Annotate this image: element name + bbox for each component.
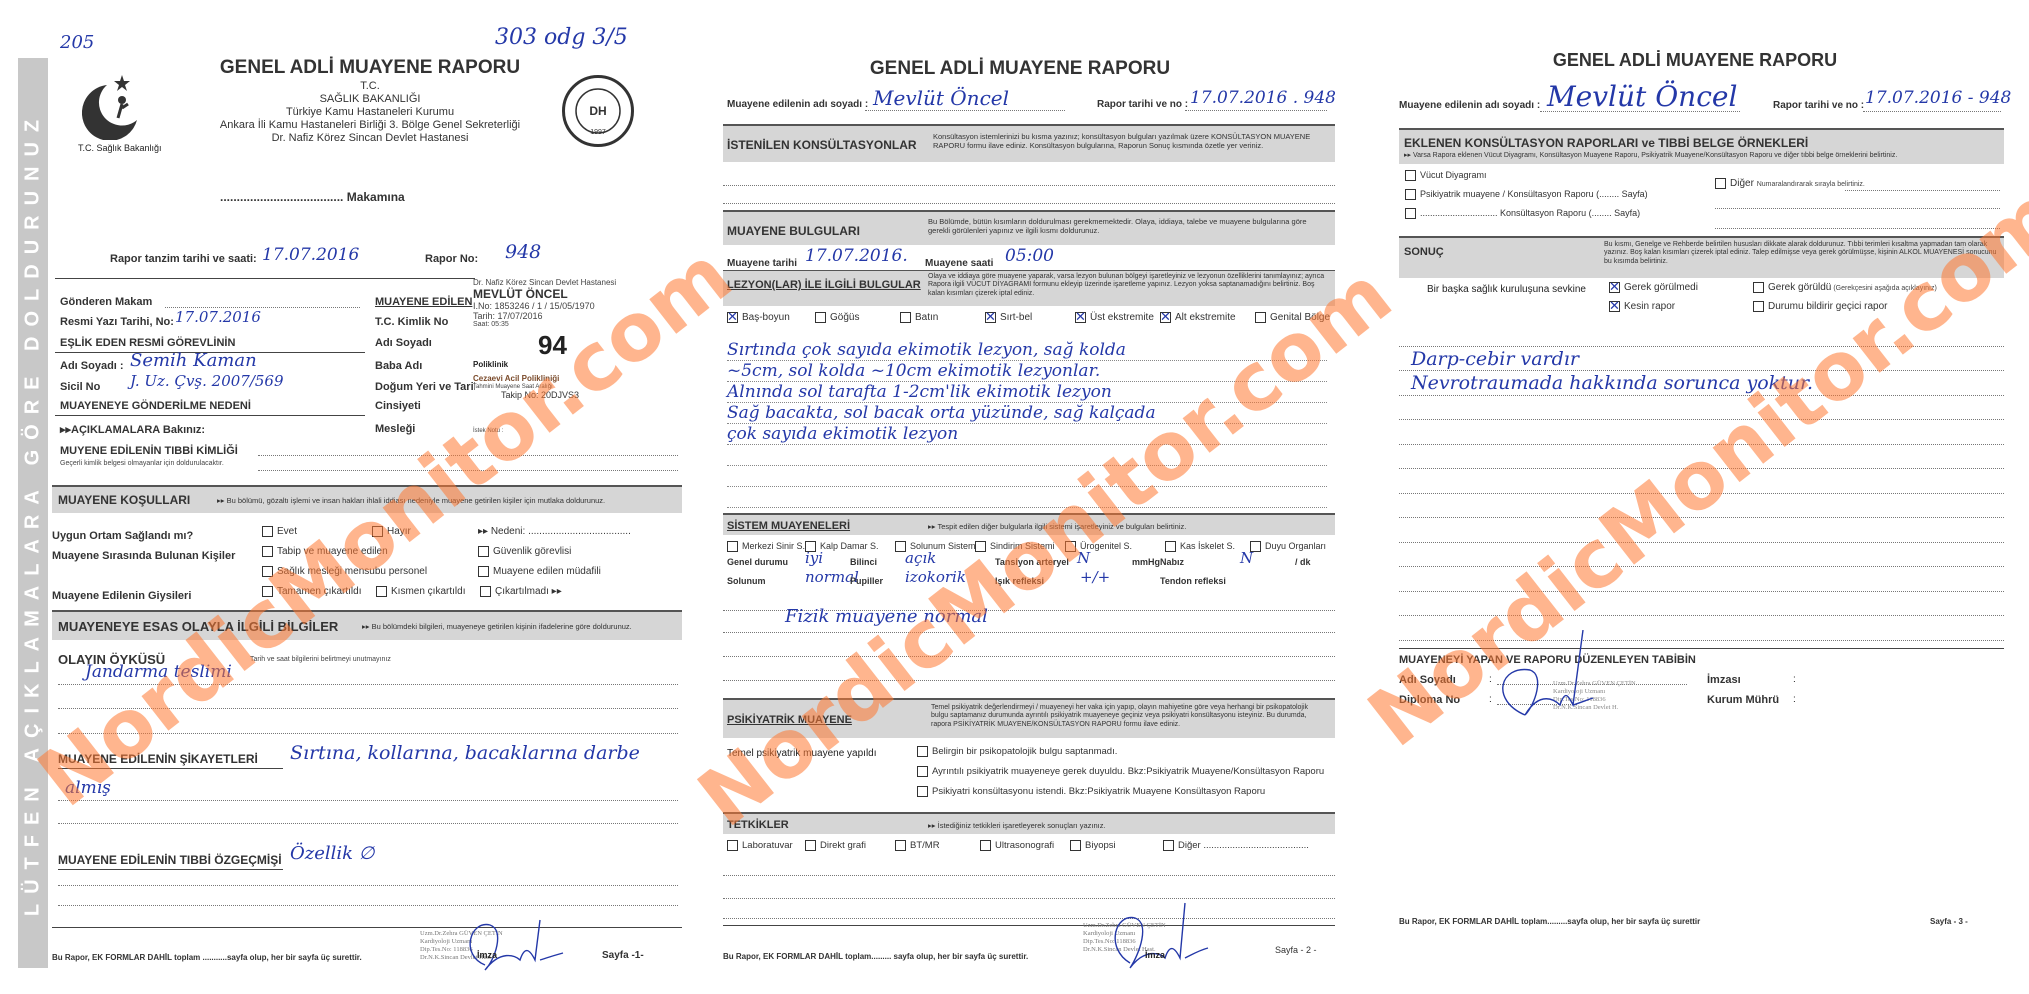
- checkbox-icon: [262, 526, 273, 537]
- finding-line[interactable]: ~5cm, sol kolda ~10cm ekimotik lezyonlar…: [727, 361, 1327, 382]
- checked-box-icon: [1609, 301, 1620, 312]
- section-note: Temel psikiyatrik değerlendirmeyi / muay…: [931, 704, 1326, 729]
- option-label: Tabip ve muayene edilen: [277, 546, 388, 557]
- checkbox-region[interactable]: Alt ekstremite: [1160, 312, 1236, 323]
- option-label: Sırt-bel: [1000, 312, 1032, 323]
- imza-label: İmza: [1145, 950, 1165, 960]
- checkbox-icon: [376, 586, 387, 597]
- checkbox-tetkik[interactable]: Ultrasonografi: [980, 840, 1054, 851]
- checkbox-system[interactable]: Ürogenitel S.: [1065, 541, 1132, 552]
- checkbox-icon: [900, 312, 911, 323]
- rapor-no-value[interactable]: 948: [505, 241, 541, 263]
- section-lezyon: LEZYON(LAR) İLE İLGİLİ BULGULAR Olaya ve…: [723, 270, 1335, 306]
- checkbox-psikiyatrik[interactable]: Psikiyatri konsültasyonu istendi. Bkz:Ps…: [917, 786, 1265, 797]
- field-baba-adi: Baba Adı: [375, 360, 422, 372]
- section-title: MUAYENE KOŞULLARI: [58, 493, 190, 507]
- option-label: Üst ekstremite: [1090, 312, 1154, 323]
- section-note: ▸▸ Bu bölümü, gözaltı işlemi ve insan ha…: [217, 496, 605, 505]
- option-label: Belirgin bir psikopatolojik bulgu saptan…: [932, 746, 1117, 757]
- checkbox-diger[interactable]: Diğer Numaralandırarak sırayla belirtini…: [1715, 178, 1865, 189]
- option-label: Direkt grafi: [820, 840, 866, 851]
- sistem-note-value[interactable]: Fizik muayene normal: [785, 606, 988, 627]
- checkbox-icon: [480, 586, 491, 597]
- tabip-imzasi-colon: :: [1793, 674, 1796, 685]
- tibbi-kimlik-label: MUYENE EDİLENİN TIBBİ KİMLİĞİ: [60, 445, 238, 457]
- report-title: GENEL ADLİ MUAYENE RAPORU: [1375, 50, 2015, 71]
- sonuc-line[interactable]: [1399, 322, 2004, 347]
- finding-line[interactable]: [727, 445, 1327, 466]
- section-title: TETKİKLER: [727, 819, 789, 831]
- checkbox-tamamen[interactable]: Tamamen çıkartıldı: [262, 586, 361, 597]
- sonuc-line[interactable]: [1399, 445, 2004, 470]
- report-label: Rapor tarihi ve no :: [1097, 99, 1188, 110]
- sonuc-line[interactable]: Nevrotraumada hakkında sorunca yoktur.: [1399, 371, 2004, 396]
- sonuc-lines: Darp-cebir vardırNevrotraumada hakkında …: [1399, 322, 2004, 641]
- report-page-1: LÜTFEN AÇIKLAMALARA GÖRE DOLDURUNUZ 205 …: [0, 0, 690, 994]
- checkbox-icon: [1070, 840, 1081, 851]
- vital-value[interactable]: izokorik: [905, 568, 966, 586]
- section-title: MUAYENE BULGULARI: [727, 224, 860, 238]
- field-cinsiyet: Cinsiyeti: [375, 400, 421, 412]
- checkbox-system[interactable]: Merkezi Sinir S.: [727, 541, 805, 552]
- page-footer: Bu Rapor, EK FORMLAR DAHİL toplam.......…: [1399, 917, 1700, 926]
- option-note: (Gerekçesini aşağıda açıklayınız): [1831, 285, 1936, 292]
- field-line: [723, 875, 1335, 876]
- field-line: [58, 905, 678, 906]
- ministry-logo-caption: T.C. Sağlık Bakanlığı: [78, 143, 162, 153]
- field-line: [58, 733, 678, 734]
- option-label: Gerek görüldü: [1768, 282, 1831, 293]
- sikayet-value-cont[interactable]: almış: [65, 778, 111, 798]
- option-label: Psikiyatrik muayene / Konsültasyon Rapor…: [1420, 189, 1648, 199]
- field-resmi-yazi-value[interactable]: 17.07.2016: [175, 308, 261, 326]
- sticker-name: MEVLÜT ÖNCEL: [473, 287, 673, 301]
- checkbox-region[interactable]: Üst ekstremite: [1075, 312, 1154, 323]
- option-label: Biyopsi: [1085, 840, 1116, 851]
- divider: [723, 925, 1335, 926]
- option-label: Sindirim Sistemi: [990, 541, 1055, 551]
- section-note: ▸▸ Tespit edilen diğer bulgularla ilgili…: [928, 522, 1186, 531]
- finding-line[interactable]: çok sayıda ekimotik lezyon: [727, 424, 1327, 445]
- header-line: Türkiye Kamu Hastaneleri Kurumu: [160, 106, 580, 119]
- signature-icon: [455, 915, 565, 980]
- rapor-tanzim-value[interactable]: 17.07.2016: [262, 245, 359, 265]
- lezyon-findings: Sırtında çok sayıda ekimotik lezyon, sağ…: [727, 340, 1327, 508]
- divider: [58, 768, 283, 769]
- signature-icon: [1100, 898, 1210, 978]
- checkbox-region[interactable]: Sırt-bel: [985, 312, 1032, 323]
- checkbox-region[interactable]: Genital Bölge: [1255, 312, 1330, 323]
- ministry-logo-icon: [82, 70, 152, 140]
- report-page-2: GENEL ADLİ MUAYENE RAPORU Muayene edilen…: [705, 0, 1355, 994]
- checkbox-eklenen[interactable]: Vücut Diyagramı: [1405, 170, 1487, 181]
- tibbi-kimlik-note: Geçerli kimlik belgesi olmayanlar için d…: [60, 460, 224, 467]
- field-line: [723, 898, 1335, 899]
- checkbox-eklenen[interactable]: ............................... Konsülta…: [1405, 208, 1640, 219]
- header-line: Ankara İli Kamu Hastaneleri Birliği 3. B…: [160, 119, 580, 132]
- divider: [55, 415, 365, 416]
- checkbox-icon: [478, 546, 489, 557]
- section-note: ▸▸ Varsa Rapora eklenen Vücut Diyagramı,…: [1404, 152, 1897, 160]
- checkbox-tabip[interactable]: Tabip ve muayene edilen: [262, 546, 388, 557]
- option-label: Genital Bölge: [1270, 312, 1330, 323]
- checkbox-sonuc[interactable]: Durumu bildirir geçici rapor: [1753, 301, 1887, 312]
- vital-value[interactable]: +/+: [1080, 568, 1110, 586]
- field-adi-soyadi-value[interactable]: Semih Kaman: [130, 350, 257, 371]
- checkbox-guvenlik[interactable]: Güvenlik görevlisi: [478, 546, 571, 557]
- section-muayene-bulgulari: MUAYENE BULGULARI Bu Bölümde, bütün kısı…: [723, 210, 1335, 245]
- checked-box-icon: [985, 312, 996, 323]
- checked-box-icon: [1609, 282, 1620, 293]
- instruction-sidebar: LÜTFEN AÇIKLAMALARA GÖRE DOLDURUNUZ: [18, 58, 48, 968]
- field-adi-soyadi-right: Adı Soyadı: [375, 337, 432, 349]
- option-label: Duyu Organları: [1265, 541, 1326, 551]
- checkbox-icon: [1065, 541, 1076, 552]
- field-line: [723, 680, 1335, 681]
- header-institution: T.C. SAĞLIK BAKANLIĞI Türkiye Kamu Hasta…: [160, 80, 580, 145]
- option-label: Ultrasonografi: [995, 840, 1054, 851]
- option-label: Muayene edilen müdafili: [493, 566, 601, 577]
- option-label: Psikiyatri konsültasyonu istendi. Bkz:Ps…: [932, 786, 1265, 797]
- sticker-queue-number: 94: [538, 330, 567, 361]
- field-resmi-yazi: Resmi Yazı Tarihi, No:: [60, 316, 174, 328]
- checkbox-icon: [478, 566, 489, 577]
- checkbox-hayir[interactable]: Hayır: [372, 526, 411, 537]
- checkbox-icon: [805, 840, 816, 851]
- vital-value[interactable]: N: [1077, 549, 1090, 567]
- muayene-tarihi-label: Muayene tarihi: [727, 258, 797, 269]
- section-muayene-kosullari: MUAYENE KOŞULLARI ▸▸ Bu bölümü, gözaltı …: [52, 485, 682, 513]
- handwritten-ref-left: 205: [60, 32, 94, 53]
- checkbox-evet[interactable]: Evet: [262, 526, 297, 537]
- header-line: T.C.: [160, 80, 580, 93]
- divider: [55, 278, 475, 279]
- field-gonderilme-nedeni: MUAYENEYE GÖNDERİLME NEDENİ: [60, 400, 251, 412]
- checkbox-tetkik[interactable]: Laboratuvar: [727, 840, 793, 851]
- vital-unit: / dk: [1295, 557, 1311, 567]
- field-meslek: Mesleği: [375, 423, 415, 435]
- page-number: Sayfa - 2 -: [1275, 945, 1317, 955]
- checkbox-tetkik[interactable]: Diğer ..................................…: [1163, 840, 1309, 851]
- imza-label: İmza: [477, 950, 497, 960]
- section-title: EKLENEN KONSÜLTASYON RAPORLARI ve TIBBİ …: [1404, 136, 1808, 150]
- checkbox-system[interactable]: Duyu Organları: [1250, 541, 1326, 552]
- option-label: Diğer ..................................…: [1178, 840, 1309, 851]
- sonuc-line[interactable]: [1399, 592, 2004, 617]
- sevk-label: Bir başka sağlık kuruluşuna sevkine: [1427, 284, 1586, 295]
- tabip-diploma-label: Diploma No: [1399, 694, 1460, 706]
- muayene-saati-value[interactable]: 05:00: [1005, 246, 1054, 266]
- field-line: [865, 110, 1065, 111]
- field-line: [1540, 111, 1740, 112]
- section-title: İSTENİLEN KONSÜLTASYONLAR: [727, 138, 917, 152]
- checkbox-icon: [727, 541, 738, 552]
- option-label: Baş-boyun: [742, 312, 790, 323]
- giysiler-label: Muayene Edilenin Giysileri: [52, 590, 191, 602]
- option-label: Kısmen çıkartıldı: [391, 586, 465, 597]
- checkbox-system[interactable]: Sindirim Sistemi: [975, 541, 1055, 552]
- section-title: SİSTEM MUAYENELERİ: [727, 520, 850, 532]
- section-title: MUAYENEYE ESAS OLAYLA İLGİLİ BİLGİLER: [58, 619, 338, 634]
- field-line: [723, 918, 1335, 919]
- field-aciklamalar: ▸▸AÇIKLAMALARA Bakınız:: [60, 423, 205, 436]
- checkbox-icon: [917, 786, 928, 797]
- checked-box-icon: [727, 312, 738, 323]
- field-line: [58, 800, 678, 801]
- uygun-ortam-label: Uygun Ortam Sağlandı mı?: [52, 530, 193, 542]
- field-line: [58, 885, 678, 886]
- section-note: Bu Bölümde, bütün kısımların doldurulmas…: [928, 217, 1328, 235]
- vital-label: Solunum: [727, 576, 766, 586]
- checkbox-tetkik[interactable]: Biyopsi: [1070, 840, 1116, 851]
- option-label: Vücut Diyagramı: [1420, 170, 1487, 180]
- checked-box-icon: [1075, 312, 1086, 323]
- tabip-muhur-colon: :: [1793, 694, 1796, 705]
- option-label: Hayır: [387, 526, 411, 537]
- checkbox-icon: [1405, 189, 1416, 200]
- option-label: BT/MR: [910, 840, 940, 851]
- checkbox-icon: [895, 840, 906, 851]
- field-line: [1863, 111, 2001, 112]
- sikayet-label: MUAYENE EDİLENİN ŞİKAYETLERİ: [58, 752, 258, 766]
- rapor-tanzim-label: Rapor tanzim tarihi ve saati:: [110, 253, 257, 265]
- option-label: Durumu bildirir geçici rapor: [1768, 301, 1887, 312]
- field-line: [723, 185, 1335, 186]
- field-sicil-no: Sicil No: [60, 381, 100, 393]
- field-adi-soyadi: Adı Soyadı :: [60, 360, 124, 372]
- option-label: Güvenlik görevlisi: [493, 546, 571, 557]
- checkbox-icon: [917, 746, 928, 757]
- vital-label: Tendon refleksi: [1160, 576, 1226, 586]
- finding-line[interactable]: [727, 487, 1327, 508]
- section-psikiyatrik: PSİKİYATRİK MUAYENE Temel psikiyatrik de…: [723, 698, 1335, 738]
- sikayet-value[interactable]: Sırtına, kollarına, bacaklarına darbe: [290, 742, 640, 764]
- sticker-protocol: I.No: 1853246 / 1 / 15/05/1970: [473, 301, 673, 311]
- muayene-saati-label: Muayene saati: [925, 258, 993, 269]
- option-label: Sağlık mesleği mensubu personel: [277, 566, 427, 577]
- section-sistem-muayeneleri: SİSTEM MUAYENELERİ ▸▸ Tespit edilen diğe…: [723, 513, 1335, 535]
- section-sonuc: SONUÇ Bu kısmı, Genelge ve Rehberde beli…: [1399, 236, 2004, 278]
- tabip-imzasi-label: İmzası: [1707, 674, 1741, 686]
- checkbox-icon: [1715, 178, 1726, 189]
- field-dogum: Doğum Yeri ve Tarihi: [375, 381, 475, 393]
- section-olay-bilgileri: MUAYENEYE ESAS OLAYLA İLGİLİ BİLGİLER ▸▸…: [52, 610, 682, 640]
- field-gonderen-makam: Gönderen Makam: [60, 296, 152, 308]
- field-line: [723, 656, 1335, 657]
- ozgecmis-value[interactable]: Özellik ∅: [290, 843, 374, 864]
- report-label: Rapor tarihi ve no :: [1773, 100, 1864, 111]
- section-title: LEZYON(LAR) İLE İLGİLİ BULGULAR: [727, 279, 921, 291]
- checkbox-psikiyatrik[interactable]: Belirgin bir psikopatolojik bulgu saptan…: [917, 746, 1117, 757]
- finding-line[interactable]: Sırtında çok sayıda ekimotik lezyon, sağ…: [727, 340, 1327, 361]
- page-number: Sayfa - 3 -: [1930, 917, 1968, 926]
- sonuc-line[interactable]: [1399, 420, 2004, 445]
- checkbox-icon: [262, 586, 273, 597]
- psikiyatrik-label: Temel psikiyatrik muayene yapıldı: [727, 748, 877, 759]
- vital-label: Nabız: [1160, 557, 1184, 567]
- field-line: [58, 708, 678, 709]
- option-label: Laboratuvar: [742, 840, 793, 851]
- field-line: [1715, 208, 2000, 209]
- sonuc-line[interactable]: [1399, 543, 2004, 568]
- checkbox-icon: [1405, 170, 1416, 181]
- section-title: PSİKİYATRİK MUAYENE: [727, 714, 852, 726]
- patient-sticker: Dr. Nafiz Körez Sincan Devlet Hastanesi …: [473, 278, 673, 428]
- section-note: ▸▸ İstediğiniz tetkikleri işaretleyerek …: [928, 821, 1106, 830]
- checkbox-psikiyatrik[interactable]: Ayrıntılı psikiyatrik muayeneye gerek du…: [917, 766, 1324, 777]
- field-eslik-eden: EŞLİK EDEN RESMİ GÖREVLİNİN: [60, 337, 235, 349]
- signature-icon: [1485, 630, 1595, 725]
- option-label: Alt ekstremite: [1175, 312, 1236, 323]
- checkbox-region[interactable]: Göğüs: [815, 312, 859, 323]
- checkbox-region[interactable]: Batın: [900, 312, 938, 323]
- checkbox-tetkik[interactable]: BT/MR: [895, 840, 940, 851]
- olay-oyku-note: Tarih ve saat bilgilerini belirtmeyi unu…: [250, 656, 391, 663]
- finding-line[interactable]: [727, 466, 1327, 487]
- report-title: GENEL ADLİ MUAYENE RAPORU: [160, 57, 580, 79]
- option-label: Ayrıntılı psikiyatrik muayeneye gerek du…: [932, 766, 1324, 777]
- field-line: [258, 455, 678, 456]
- vital-value[interactable]: açık: [905, 549, 936, 567]
- finding-line[interactable]: Sağ bacakta, sol bacak orta yüzünde, sağ…: [727, 403, 1327, 424]
- header-line: Dr. Nafiz Körez Sincan Devlet Hastanesi: [160, 132, 580, 145]
- sidebar-text: LÜTFEN AÇIKLAMALARA GÖRE DOLDURUNUZ: [22, 110, 45, 916]
- vital-value[interactable]: N: [1240, 549, 1253, 567]
- option-label: Merkezi Sinir S.: [742, 541, 805, 551]
- section-konsultasyon: İSTENİLEN KONSÜLTASYONLAR Konsültasyon i…: [723, 124, 1335, 162]
- tabip-muhur-label: Kurum Mührü: [1707, 694, 1779, 706]
- option-label: Diğer: [1730, 178, 1754, 189]
- field-sicil-no-value[interactable]: J. Uz. Çvş. 2007/569: [130, 372, 284, 390]
- report-title: GENEL ADLİ MUAYENE RAPORU: [705, 58, 1335, 80]
- vital-label: Işık refleksi: [995, 576, 1044, 586]
- section-note: Bu kısmı, Genelge ve Rehberde belirtilen…: [1604, 241, 1999, 266]
- svg-text:DH: DH: [589, 104, 606, 118]
- checkbox-icon: [727, 840, 738, 851]
- sticker-hospital: Dr. Nafiz Körez Sincan Devlet Hastanesi: [473, 278, 673, 287]
- field-line: [58, 684, 678, 685]
- vital-label: Tansiyon arteryel: [995, 557, 1069, 567]
- checked-box-icon: [1160, 312, 1171, 323]
- checkbox-tetkik[interactable]: Direkt grafi: [805, 840, 866, 851]
- checkbox-kismen[interactable]: Kısmen çıkartıldı: [376, 586, 465, 597]
- checkbox-sonuc[interactable]: Gerek görüldü (Gerekçesini aşağıda açıkl…: [1753, 282, 1937, 293]
- sticker-clinic: Cezaevi Acil Polikliniği: [473, 374, 559, 383]
- vital-label: Bilinci: [850, 557, 877, 567]
- vital-label: Pupiller: [850, 576, 883, 586]
- nedeni-field[interactable]: ▸▸ Nedeni: .............................…: [478, 526, 631, 537]
- bulunan-kisiler-label: Muayene Sırasında Bulunan Kişiler: [52, 550, 235, 562]
- checkbox-icon: [815, 312, 826, 323]
- checkbox-icon: [1753, 282, 1764, 293]
- checkbox-icon: [1405, 208, 1416, 219]
- checkbox-icon: [975, 541, 986, 552]
- checkbox-system[interactable]: Kas İskelet S.: [1165, 541, 1235, 552]
- checkbox-icon: [262, 566, 273, 577]
- checkbox-icon: [980, 840, 991, 851]
- field-line: [1185, 110, 1327, 111]
- svg-text:1997: 1997: [590, 129, 606, 136]
- section-eklenen: EKLENEN KONSÜLTASYON RAPORLARI ve TIBBİ …: [1399, 128, 2004, 164]
- olay-oyku-value[interactable]: Jandarma teslimi: [85, 662, 232, 682]
- name-value[interactable]: Mevlüt Öncel: [1547, 80, 1737, 113]
- checkbox-sonuc[interactable]: Gerek görülmedi: [1609, 282, 1698, 293]
- option-label: Batın: [915, 312, 938, 323]
- divider: [52, 927, 682, 928]
- sonuc-line[interactable]: [1399, 567, 2004, 592]
- option-label: Göğüs: [830, 312, 859, 323]
- name-value[interactable]: Mevlüt Öncel: [873, 86, 1009, 110]
- tabip-adi-label: Adı Soyadı: [1399, 674, 1456, 686]
- page-footer: Bu Rapor, EK FORMLAR DAHİL toplam ......…: [52, 953, 362, 962]
- header-line: SAĞLIK BAKANLIĞI: [160, 93, 580, 106]
- checkbox-icon: [1753, 301, 1764, 312]
- vital-unit: mmHg: [1132, 557, 1160, 567]
- option-label: Gerek görülmedi: [1624, 282, 1698, 293]
- option-label: ............................... Konsülta…: [1420, 208, 1640, 218]
- field-line: [58, 823, 678, 824]
- section-note: ▸▸ Bu bölümdeki bilgileri, muayeneye get…: [362, 622, 632, 631]
- checkbox-cikartilmadi[interactable]: Çıkartılmadı ▸▸: [480, 586, 562, 597]
- sonuc-line[interactable]: [1399, 518, 2004, 543]
- checkbox-eklenen[interactable]: Psikiyatrik muayene / Konsültasyon Rapor…: [1405, 189, 1648, 200]
- section-note: Olaya ve iddiaya göre muayene yaparak, v…: [928, 273, 1328, 298]
- checkbox-sonuc[interactable]: Kesin rapor: [1609, 301, 1675, 312]
- page-number: Sayfa -1-: [602, 950, 644, 961]
- vital-value[interactable]: iyi: [805, 549, 823, 567]
- section-note: Konsültasyon istemlerinizi bu kısma yazı…: [933, 132, 1328, 150]
- option-label: Kas İskelet S.: [1180, 541, 1235, 551]
- section-title: SONUÇ: [1404, 246, 1444, 258]
- option-label: Evet: [277, 526, 297, 537]
- finding-line[interactable]: Alnında sol tarafta 1-2cm'lik ekimotik l…: [727, 382, 1327, 403]
- sonuc-line[interactable]: [1399, 469, 2004, 494]
- field-line: [258, 470, 678, 471]
- field-line: [723, 203, 1335, 204]
- ozgecmis-label: MUAYENE EDİLENİN TIBBİ ÖZGEÇMİŞİ: [58, 853, 282, 867]
- option-label: Kalp Damar S.: [820, 541, 879, 551]
- checkbox-saglik-personel[interactable]: Sağlık mesleği mensubu personel: [262, 566, 427, 577]
- hospital-seal-icon: DH 1997: [562, 75, 634, 147]
- checkbox-region[interactable]: Baş-boyun: [727, 312, 790, 323]
- sticker-date: Tarih: 17/07/2016: [473, 311, 673, 321]
- option-label: Kesin rapor: [1624, 301, 1675, 312]
- vital-label: Genel durumu: [727, 557, 788, 567]
- sticker-tracking: Takip No: 20DJVS3: [501, 390, 579, 400]
- report-value[interactable]: 17.07.2016 . 948: [1190, 88, 1336, 108]
- checkbox-mudafi[interactable]: Muayene edilen müdafili: [478, 566, 601, 577]
- field-line: [1715, 228, 2000, 229]
- checkbox-icon: [1165, 541, 1176, 552]
- name-label: Muayene edilenin adı soyadı :: [727, 99, 868, 110]
- sonuc-line[interactable]: [1399, 396, 2004, 421]
- field-tc-kimlik: T.C. Kimlik No: [375, 316, 448, 328]
- checkbox-icon: [1163, 840, 1174, 851]
- muayene-tarihi-value[interactable]: 17.07.2016.: [805, 246, 908, 266]
- section-tetkikler: TETKİKLER ▸▸ İstediğiniz tetkikleri işar…: [723, 812, 1335, 834]
- checkbox-icon: [1255, 312, 1266, 323]
- sticker-request-note: İstek Notu :: [473, 428, 503, 434]
- sonuc-line[interactable]: [1399, 494, 2004, 519]
- sonuc-line[interactable]: Darp-cebir vardır: [1399, 347, 2004, 372]
- handwritten-ref-right: 303 odg 3/5: [495, 25, 628, 50]
- name-label: Muayene edilenin adı soyadı :: [1399, 100, 1540, 111]
- report-value[interactable]: 17.07.2016 - 948: [1865, 88, 2011, 108]
- checkbox-icon: [917, 766, 928, 777]
- checkbox-icon: [372, 526, 383, 537]
- report-page-3: GENEL ADLİ MUAYENE RAPORU Muayene edilen…: [1375, 0, 2029, 994]
- makamina-line: ..................................... Ma…: [220, 190, 405, 204]
